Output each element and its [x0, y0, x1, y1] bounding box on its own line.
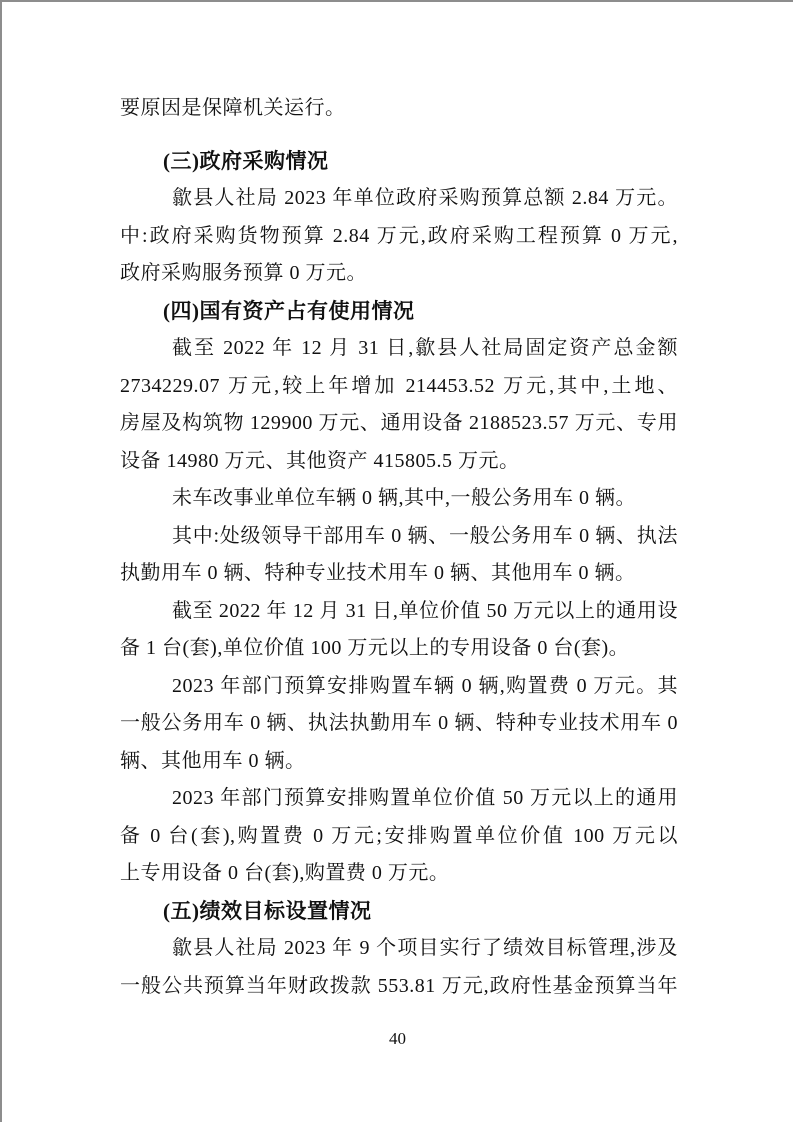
text-line: 辆、其他用车 0 辆。: [120, 743, 678, 781]
page-number: 40: [2, 1029, 793, 1049]
heading-text: (五)绩效目标设置情况: [120, 893, 678, 931]
text-line: 截至 2022 年 12 月 31 日,歙县人社局固定资产总金额: [120, 330, 678, 368]
text-line: 执勤用车 0 辆、特种专业技术用车 0 辆、其他用车 0 辆。: [120, 555, 678, 593]
text-line: 其中:处级领导干部用车 0 辆、一般公务用车 0 辆、执法: [120, 518, 678, 556]
heading-text: (三)政府采购情况: [120, 143, 678, 181]
text-line: 歙县人社局 2023 年 9 个项目实行了绩效目标管理,涉及: [120, 930, 678, 968]
paragraph: 2023 年部门预算安排购置车辆 0 辆,购置费 0 万元。其中:一般公务用车 …: [120, 668, 678, 781]
paragraph: 截至 2022 年 12 月 31 日,单位价值 50 万元以上的通用设备 1 …: [120, 593, 678, 668]
document-page: 要原因是保障机关运行。(三)政府采购情况歙县人社局 2023 年单位政府采购预算…: [0, 0, 793, 1122]
text-line: 备 0 台(套),购置费 0 万元;安排购置单位价值 100 万元以: [120, 818, 678, 856]
text-line: 2023 年部门预算安排购置单位价值 50 万元以上的通用设: [120, 780, 678, 818]
paragraph: 要原因是保障机关运行。: [120, 90, 678, 128]
paragraph: 歙县人社局 2023 年 9 个项目实行了绩效目标管理,涉及一般公共预算当年财政…: [120, 930, 678, 1005]
paragraph: 未车改事业单位车辆 0 辆,其中,一般公务用车 0 辆。: [120, 480, 678, 518]
section-heading: (五)绩效目标设置情况: [120, 893, 678, 931]
text-line: 截至 2022 年 12 月 31 日,单位价值 50 万元以上的通用设: [120, 593, 678, 631]
text-line: 一般公务用车 0 辆、执法执勤用车 0 辆、特种专业技术用车 0: [120, 705, 678, 743]
text-line: 一般公共预算当年财政拨款 553.81 万元,政府性基金预算当年: [120, 968, 678, 1006]
text-line: 房屋及构筑物 129900 万元、通用设备 2188523.57 万元、专用: [120, 405, 678, 443]
paragraph: 截至 2022 年 12 月 31 日,歙县人社局固定资产总金额2734229.…: [120, 330, 678, 480]
text-line: 2023 年部门预算安排购置车辆 0 辆,购置费 0 万元。其中:: [120, 668, 678, 706]
text-line: 未车改事业单位车辆 0 辆,其中,一般公务用车 0 辆。: [120, 480, 678, 518]
text-line: 要原因是保障机关运行。: [120, 90, 678, 128]
heading-text: (四)国有资产占有使用情况: [120, 293, 678, 331]
text-line: 设备 14980 万元、其他资产 415805.5 万元。: [120, 443, 678, 481]
text-line: 上专用设备 0 台(套),购置费 0 万元。: [120, 855, 678, 893]
section-heading: (四)国有资产占有使用情况: [120, 293, 678, 331]
document-body: 要原因是保障机关运行。(三)政府采购情况歙县人社局 2023 年单位政府采购预算…: [120, 90, 678, 1005]
section-heading: (三)政府采购情况: [120, 143, 678, 181]
paragraph: 其中:处级领导干部用车 0 辆、一般公务用车 0 辆、执法执勤用车 0 辆、特种…: [120, 518, 678, 593]
text-line: 2734229.07 万元,较上年增加 214453.52 万元,其中,土地、: [120, 368, 678, 406]
text-line: 歙县人社局 2023 年单位政府采购预算总额 2.84 万元。其: [120, 180, 678, 218]
paragraph: 2023 年部门预算安排购置单位价值 50 万元以上的通用设备 0 台(套),购…: [120, 780, 678, 893]
text-line: 政府采购服务预算 0 万元。: [120, 255, 678, 293]
text-line: 中:政府采购货物预算 2.84 万元,政府采购工程预算 0 万元,: [120, 218, 678, 256]
text-line: 备 1 台(套),单位价值 100 万元以上的专用设备 0 台(套)。: [120, 630, 678, 668]
paragraph: 歙县人社局 2023 年单位政府采购预算总额 2.84 万元。其中:政府采购货物…: [120, 180, 678, 293]
